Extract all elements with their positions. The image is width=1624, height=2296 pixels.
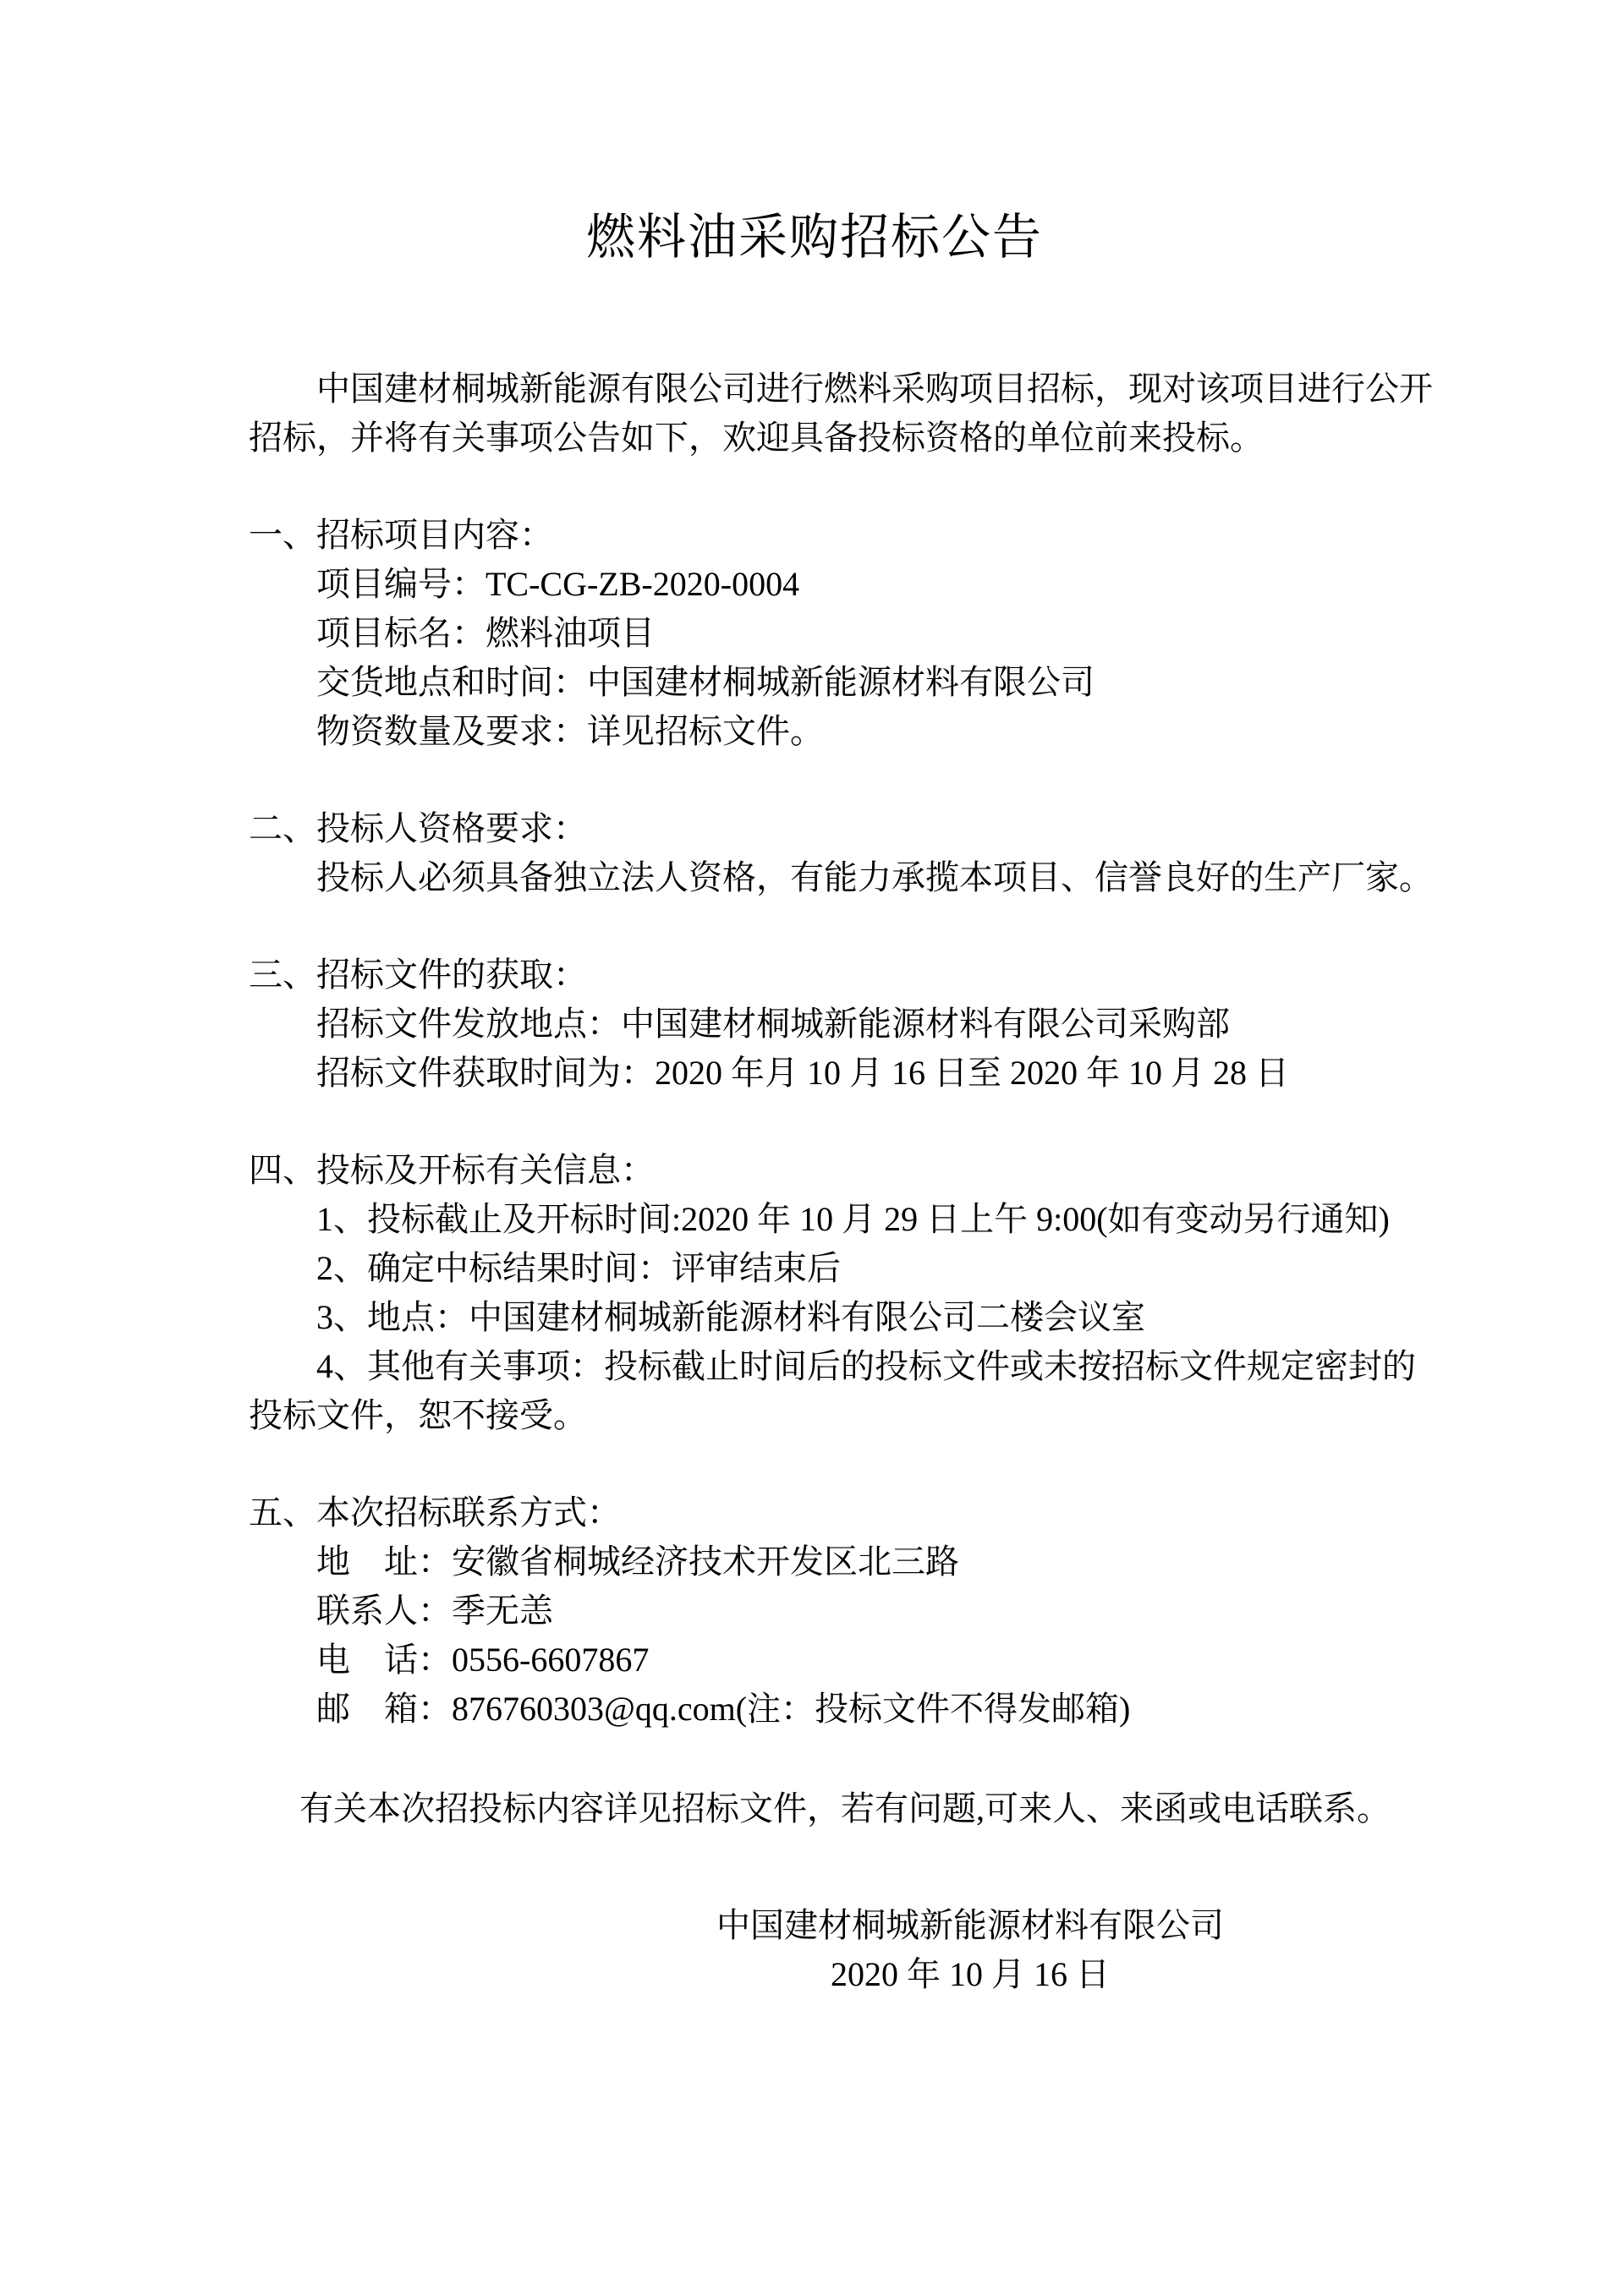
section-5-line-address: 地 址：安徽省桐城经济技术开发区北三路 <box>249 1537 1436 1586</box>
section-1-line-project-number: 项目编号：TC-CG-ZB-2020-0004 <box>249 560 1436 609</box>
section-5-line-contact-person: 联系人：季无恙 <box>249 1586 1436 1636</box>
closing-paragraph: 有关本次招投标内容详见招标文件，若有问题,可来人、来函或电话联系。 <box>249 1784 1436 1833</box>
section-2-line-qualification: 投标人必须具备独立法人资格，有能力承揽本项目、信誉良好的生产厂家。 <box>249 853 1436 902</box>
section-1-line-project-name: 项目标名：燃料油项目 <box>249 609 1436 658</box>
section-5-line-email: 邮 箱：876760303@qq.com(注：投标文件不得发邮箱) <box>249 1685 1436 1734</box>
section-5-line-phone: 电 话：0556-6607867 <box>249 1636 1436 1685</box>
section-3-line-location: 招标文件发放地点：中国建材桐城新能源材料有限公司采购部 <box>249 1000 1436 1049</box>
section-5-heading: 五、本次招标联系方式： <box>249 1488 1436 1537</box>
section-4-heading: 四、投标及开标有关信息： <box>249 1146 1436 1195</box>
intro-paragraph: 中国建材桐城新能源有限公司进行燃料采购项目招标，现对该项目进行公开招标，并将有关… <box>249 364 1436 463</box>
section-4-item-other: 4、其他有关事项：投标截止时间后的投标文件或未按招标文件规定密封的投标文件，恕不… <box>249 1342 1436 1440</box>
section-3-heading: 三、招标文件的获取： <box>249 951 1436 1000</box>
section-1-line-quantity: 物资数量及要求：详见招标文件。 <box>249 707 1436 756</box>
section-1-heading: 一、招标项目内容： <box>249 511 1436 560</box>
section-2-heading: 二、投标人资格要求： <box>249 804 1436 853</box>
section-4-item-deadline: 1、投标截止及开标时间:2020 年 10 月 29 日上午 9:00(如有变动… <box>249 1195 1436 1244</box>
document-page: 燃料油采购招标公告 中国建材桐城新能源有限公司进行燃料采购项目招标，现对该项目进… <box>0 0 1624 2296</box>
section-4-item-place: 3、地点：中国建材桐城新能源材料有限公司二楼会议室 <box>249 1293 1436 1342</box>
document-content: 燃料油采购招标公告 中国建材桐城新能源有限公司进行燃料采购项目招标，现对该项目进… <box>249 0 1436 1999</box>
signature-date: 2020 年 10 月 16 日 <box>504 1950 1436 1999</box>
section-1-line-delivery: 交货地点和时间：中国建材桐城新能源材料有限公司 <box>249 658 1436 707</box>
section-4-item-result-time: 2、确定中标结果时间：评审结束后 <box>249 1244 1436 1293</box>
document-title: 燃料油采购招标公告 <box>221 0 1408 270</box>
signature-company: 中国建材桐城新能源材料有限公司 <box>504 1901 1436 1950</box>
signature-block: 中国建材桐城新能源材料有限公司 2020 年 10 月 16 日 <box>504 1901 1436 1999</box>
section-3-line-time: 招标文件获取时间为：2020 年月 10 月 16 日至 2020 年 10 月… <box>249 1049 1436 1098</box>
